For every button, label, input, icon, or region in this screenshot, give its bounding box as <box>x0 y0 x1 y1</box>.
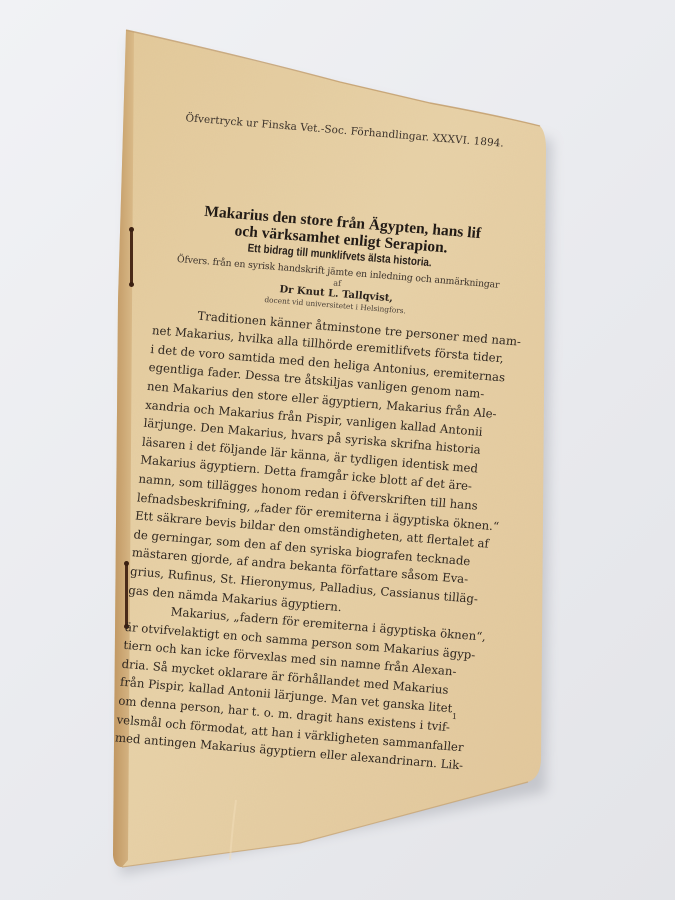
body-text: Traditionen känner åtminstone tre person… <box>114 307 513 780</box>
staple-top <box>130 228 133 286</box>
printed-page: Öfvertryck ur Finska Vet.-Soc. Förhandli… <box>114 112 531 780</box>
page-number: 1 <box>452 712 458 721</box>
